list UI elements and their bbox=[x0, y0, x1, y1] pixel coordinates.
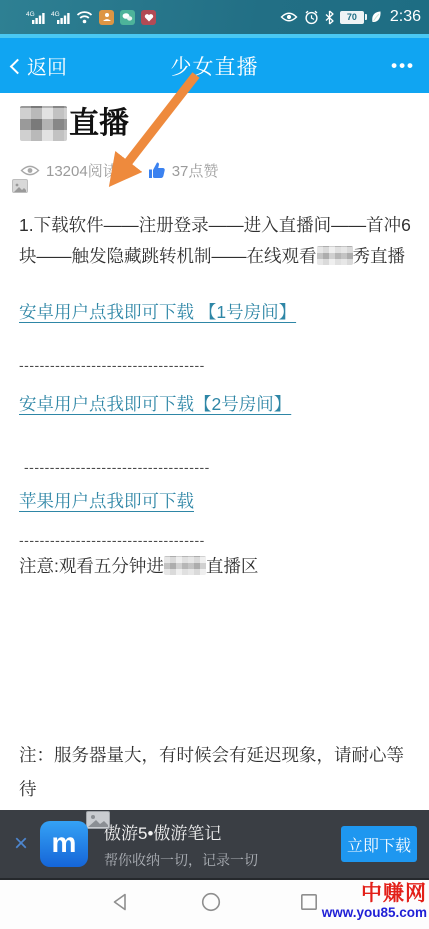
clock-time: 2:36 bbox=[390, 8, 421, 26]
maxthon-logo-letter: m bbox=[52, 829, 77, 857]
signal-strength-icon: 4G bbox=[26, 10, 45, 25]
server-note-line1: 注：服务器量大，有时候会有延迟现象，请耐心等待 bbox=[19, 745, 404, 799]
ad-close-button[interactable]: × bbox=[8, 832, 34, 856]
android-download-link-room2[interactable]: 安卓用户点我即可下载【2号房间】 bbox=[19, 391, 291, 416]
watch-note-after: 直播区 bbox=[206, 556, 259, 576]
status-bar-left: 4G 4G bbox=[26, 10, 156, 25]
likes-label: 37点赞 bbox=[172, 160, 219, 181]
watch-note-before: 注意:观看五分钟进 bbox=[19, 556, 164, 576]
status-bar: 4G 4G bbox=[0, 0, 429, 34]
page-title: 少女直播 bbox=[110, 51, 319, 81]
signal-strength-icon-2: 4G bbox=[51, 10, 70, 25]
ad-text: 傲游5•傲游笔记 帮你收纳一切，记录一切 bbox=[104, 819, 341, 870]
nav-home-circle-button[interactable] bbox=[199, 890, 223, 914]
likes-count[interactable]: 37点赞 bbox=[148, 160, 219, 181]
notification-app-orange-icon bbox=[99, 10, 114, 25]
svg-text:4G: 4G bbox=[51, 11, 60, 18]
article-title-text: 直播 bbox=[69, 107, 129, 140]
title-bar: 返回 少女直播 ••• bbox=[0, 38, 429, 93]
watch-note: 注意:观看五分钟进直播区 bbox=[19, 551, 415, 582]
battery-icon: 70 bbox=[340, 11, 364, 24]
censored-title-mosaic bbox=[20, 106, 67, 141]
back-button-label: 返回 bbox=[27, 51, 67, 80]
dashed-divider: ------------------------------------ bbox=[19, 532, 205, 548]
android-download-link-room1[interactable]: 安卓用户点我即可下载 【1号房间】 bbox=[19, 299, 296, 324]
ios-download-link[interactable]: 苹果用户点我即可下载 bbox=[19, 488, 194, 513]
eye-icon bbox=[20, 164, 40, 177]
more-menu-button[interactable]: ••• bbox=[319, 56, 429, 76]
views-label: 13204阅读 bbox=[46, 160, 118, 181]
ad-title: 傲游5•傲游笔记 bbox=[104, 819, 341, 844]
broken-image-icon bbox=[12, 179, 28, 193]
censored-word-mosaic bbox=[164, 556, 206, 575]
ad-logo-area: m bbox=[36, 809, 92, 879]
alarm-clock-icon bbox=[304, 10, 319, 25]
instructions-text-after: 秀直播 bbox=[353, 246, 406, 266]
power-save-leaf-icon bbox=[370, 10, 382, 24]
dashed-divider: ------------------------------------ bbox=[19, 357, 205, 373]
wifi-icon bbox=[76, 10, 93, 24]
views-count: 13204阅读 bbox=[20, 160, 118, 181]
site-watermark: 中赚网 www.you85.com bbox=[322, 883, 427, 920]
dashed-divider: ------------------------------------ bbox=[24, 459, 210, 475]
status-bar-right: 70 2:36 bbox=[280, 8, 421, 26]
watermark-site-name: 中赚网 bbox=[322, 883, 427, 905]
nav-recents-square-button[interactable] bbox=[297, 890, 321, 914]
svg-text:4G: 4G bbox=[26, 11, 35, 18]
article-title: 直播 bbox=[20, 106, 129, 141]
notification-app-heart-icon bbox=[141, 10, 156, 25]
back-button[interactable]: 返回 bbox=[0, 51, 110, 80]
censored-word-mosaic bbox=[317, 246, 353, 265]
thumb-up-icon bbox=[148, 162, 166, 179]
phone-screen: 4G 4G bbox=[0, 0, 429, 929]
article-meta: 13204阅读 37点赞 bbox=[20, 160, 218, 181]
ad-banner[interactable]: × m 傲游5•傲游笔记 帮你收纳一切，记录一切 立即下载 bbox=[0, 810, 429, 880]
notification-app-chat-icon bbox=[120, 10, 135, 25]
eye-protection-icon bbox=[280, 11, 298, 23]
instructions-paragraph: 1.下载软件——注册登录——进入直播间——首冲6块——触发隐藏跳转机制——在线观… bbox=[19, 210, 415, 272]
nav-back-triangle-button[interactable] bbox=[108, 890, 132, 914]
ad-download-button[interactable]: 立即下载 bbox=[341, 826, 417, 862]
maxthon-logo: m bbox=[40, 821, 88, 867]
chevron-left-icon bbox=[10, 58, 26, 74]
watermark-site-url: www.you85.com bbox=[322, 905, 427, 920]
battery-percent: 70 bbox=[347, 13, 357, 22]
broken-image-icon bbox=[86, 811, 110, 829]
bluetooth-icon bbox=[325, 10, 334, 25]
ad-subtitle: 帮你收纳一切，记录一切 bbox=[104, 850, 341, 870]
